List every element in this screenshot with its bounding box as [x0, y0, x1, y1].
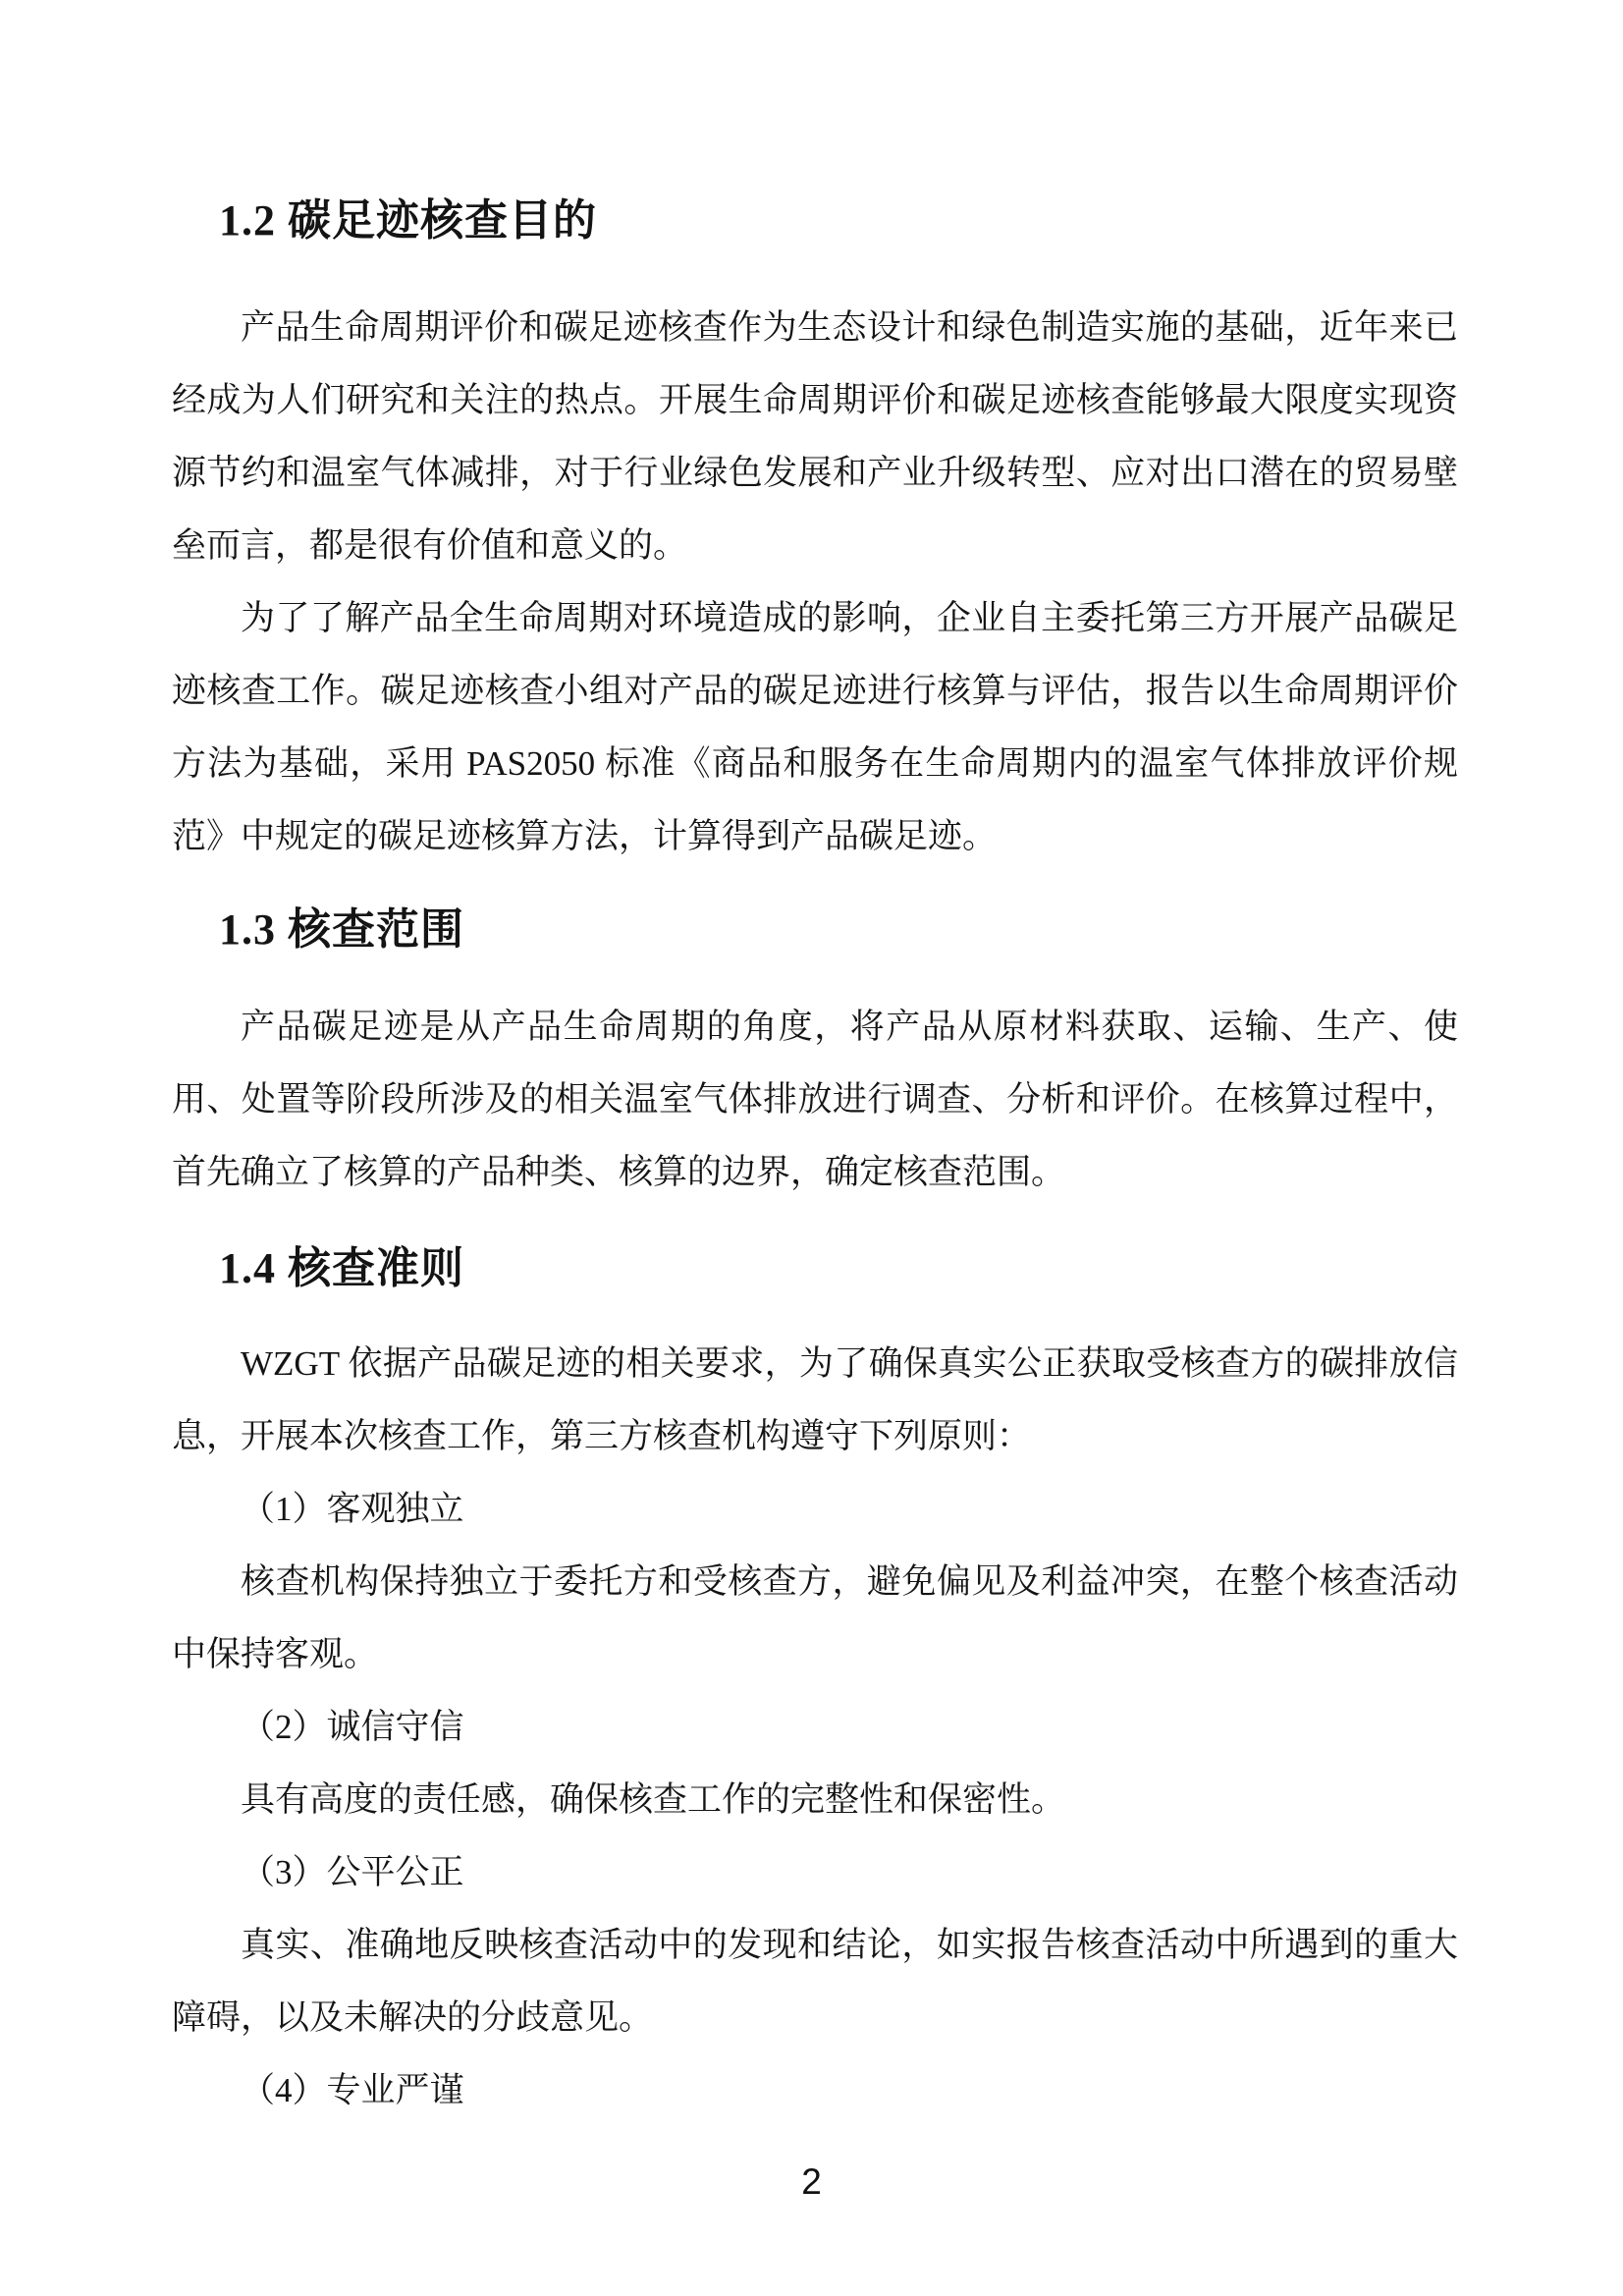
- body-paragraph: 产品碳足迹是从产品生命周期的角度，将产品从原材料获取、运输、生产、使用、处置等阶…: [172, 991, 1458, 1209]
- principle-item-label: （3）公平公正: [172, 1836, 1458, 1909]
- principle-item-label: （4）专业严谨: [172, 2054, 1458, 2127]
- section-heading-verification-principles: 1.4 核查准则: [219, 1240, 1458, 1297]
- body-paragraph: 产品生命周期评价和碳足迹核查作为生态设计和绿色制造实施的基础，近年来已经成为人们…: [172, 292, 1458, 582]
- principle-item-body: 真实、准确地反映核查活动中的发现和结论，如实报告核查活动中所遇到的重大障碍，以及…: [172, 1909, 1458, 2054]
- body-paragraph: 为了了解产品全生命周期对环境造成的影响，企业自主委托第三方开展产品碳足迹核查工作…: [172, 582, 1458, 873]
- body-paragraph: WZGT 依据产品碳足迹的相关要求，为了确保真实公正获取受核查方的碳排放信息，开…: [172, 1328, 1458, 1473]
- page-content: 1.2 碳足迹核查目的 产品生命周期评价和碳足迹核查作为生态设计和绿色制造实施的…: [172, 0, 1458, 2127]
- principle-item-body: 核查机构保持独立于委托方和受核查方，避免偏见及利益冲突，在整个核查活动中保持客观…: [172, 1546, 1458, 1691]
- page-number: 2: [0, 2160, 1623, 2204]
- section-heading-carbon-footprint-verification-purpose: 1.2 碳足迹核查目的: [219, 192, 1458, 249]
- document-page: 1.2 碳足迹核查目的 产品生命周期评价和碳足迹核查作为生态设计和绿色制造实施的…: [0, 0, 1623, 2296]
- principle-item-body: 具有高度的责任感，确保核查工作的完整性和保密性。: [172, 1764, 1458, 1836]
- top-margin: [172, 0, 1458, 192]
- principle-item-label: （2）诚信守信: [172, 1691, 1458, 1764]
- principle-item-label: （1）客观独立: [172, 1473, 1458, 1546]
- section-heading-verification-scope: 1.3 核查范围: [219, 902, 1458, 958]
